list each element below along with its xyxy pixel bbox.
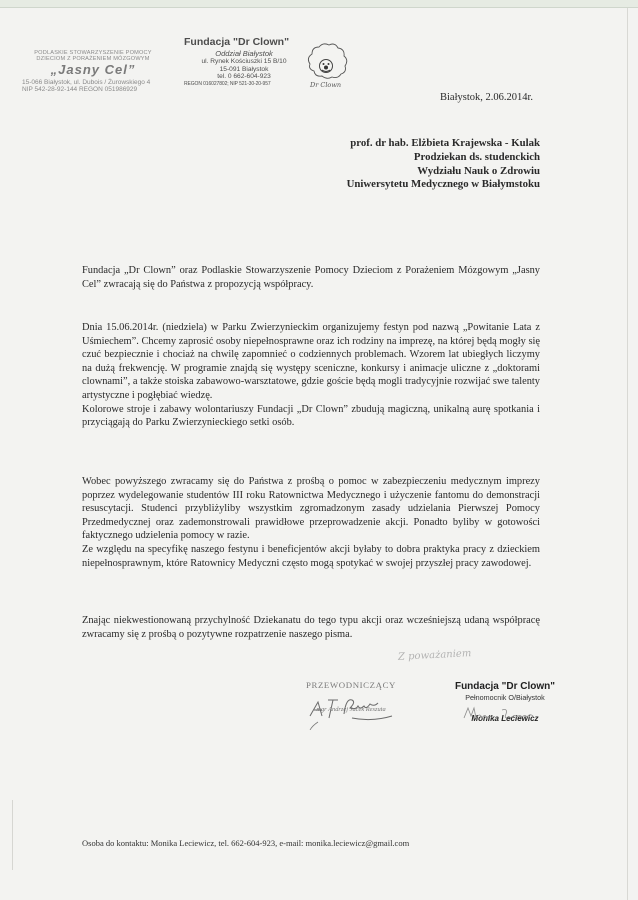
paragraph-text: Fundacja „Dr Clown” oraz Podlaskie Stowa…: [82, 264, 540, 291]
dr-clown-stamp-tel: tel. 0 662-604-923: [184, 73, 304, 81]
dr-clown-stamp-street: ul. Rynek Kościuszki 15 B/10: [184, 58, 304, 66]
addressee-faculty: Wydziału Nauk o Zdrowiu: [347, 165, 540, 179]
addressee-name: prof. dr hab. Elżbieta Krajewska - Kulak: [347, 137, 540, 151]
addressee-position: Prodziekan ds. studenckich: [347, 151, 540, 165]
letter-date: Białystok, 2.06.2014r.: [440, 92, 533, 103]
dr-clown-stamp-title: Fundacja "Dr Clown": [184, 36, 304, 49]
paragraph-request: Wobec powyższego zwracamy się do Państwa…: [82, 475, 540, 570]
paragraph-text: Znając niekwestionowaną przychylność Dzi…: [82, 614, 540, 641]
association-stamp-address: 15-066 Białystok, ul. Dubois / Żurowskie…: [22, 79, 164, 86]
signature-chairman: PRZEWODNICZĄCY mgr Andrzej Jacek Reszuta: [296, 680, 406, 713]
dr-clown-stamp: Fundacja "Dr Clown" Oddział Białystok ul…: [184, 36, 304, 87]
svg-text:Dr Clown: Dr Clown: [309, 81, 341, 89]
contact-footer: Osoba do kontaktu: Monika Leciewicz, tel…: [82, 838, 409, 848]
paragraph-text: Ze względu na specyfikę naszego festynu …: [82, 543, 540, 570]
dr-clown-stamp-branch: Oddział Białystok: [184, 49, 304, 58]
dr-clown-stamp-regon: REGON 016027802; NIP 521-30-20-957: [184, 81, 304, 87]
paragraph-text: Dnia 15.06.2014r. (niedziela) w Parku Zw…: [82, 321, 540, 403]
paragraph-event: Dnia 15.06.2014r. (niedziela) w Parku Zw…: [82, 321, 540, 430]
signature-chairman-role: PRZEWODNICZĄCY: [296, 680, 406, 690]
scan-right-edge: [627, 8, 628, 900]
signature-representative-role: Pełnomocnik O/Białystok: [440, 693, 570, 702]
handwritten-regards: Z poważaniem: [398, 648, 472, 663]
association-stamp-ids: NIP 542-28-92-144 REGON 051986929: [22, 86, 164, 93]
handwritten-signature-icon: [304, 690, 399, 730]
paragraph-text: Wobec powyższego zwracamy się do Państwa…: [82, 475, 540, 543]
handwritten-signature-icon: [462, 706, 552, 722]
scan-left-edge: [12, 800, 13, 870]
association-stamp: PODLASKIE STOWARZYSZENIE POMOCY DZIECIOM…: [22, 50, 164, 93]
signature-representative-org: Fundacja "Dr Clown": [440, 681, 570, 692]
addressee-block: prof. dr hab. Elżbieta Krajewska - Kulak…: [347, 137, 540, 192]
clown-face-icon: Dr Clown: [296, 42, 356, 90]
scan-top-edge: [0, 0, 638, 8]
paragraph-closing: Znając niekwestionowaną przychylność Dzi…: [82, 614, 540, 641]
association-stamp-name: „Jasny Cel”: [22, 63, 164, 77]
signature-representative: Fundacja "Dr Clown" Pełnomocnik O/Białys…: [440, 681, 570, 723]
paragraph-text: Kolorowe stroje i zabawy wolontariuszy F…: [82, 403, 540, 430]
dr-clown-stamp-city: 15-091 Białystok: [184, 66, 304, 74]
paragraph-intro: Fundacja „Dr Clown” oraz Podlaskie Stowa…: [82, 264, 540, 291]
addressee-university: Uniwersytetu Medycznego w Białymstoku: [347, 178, 540, 192]
